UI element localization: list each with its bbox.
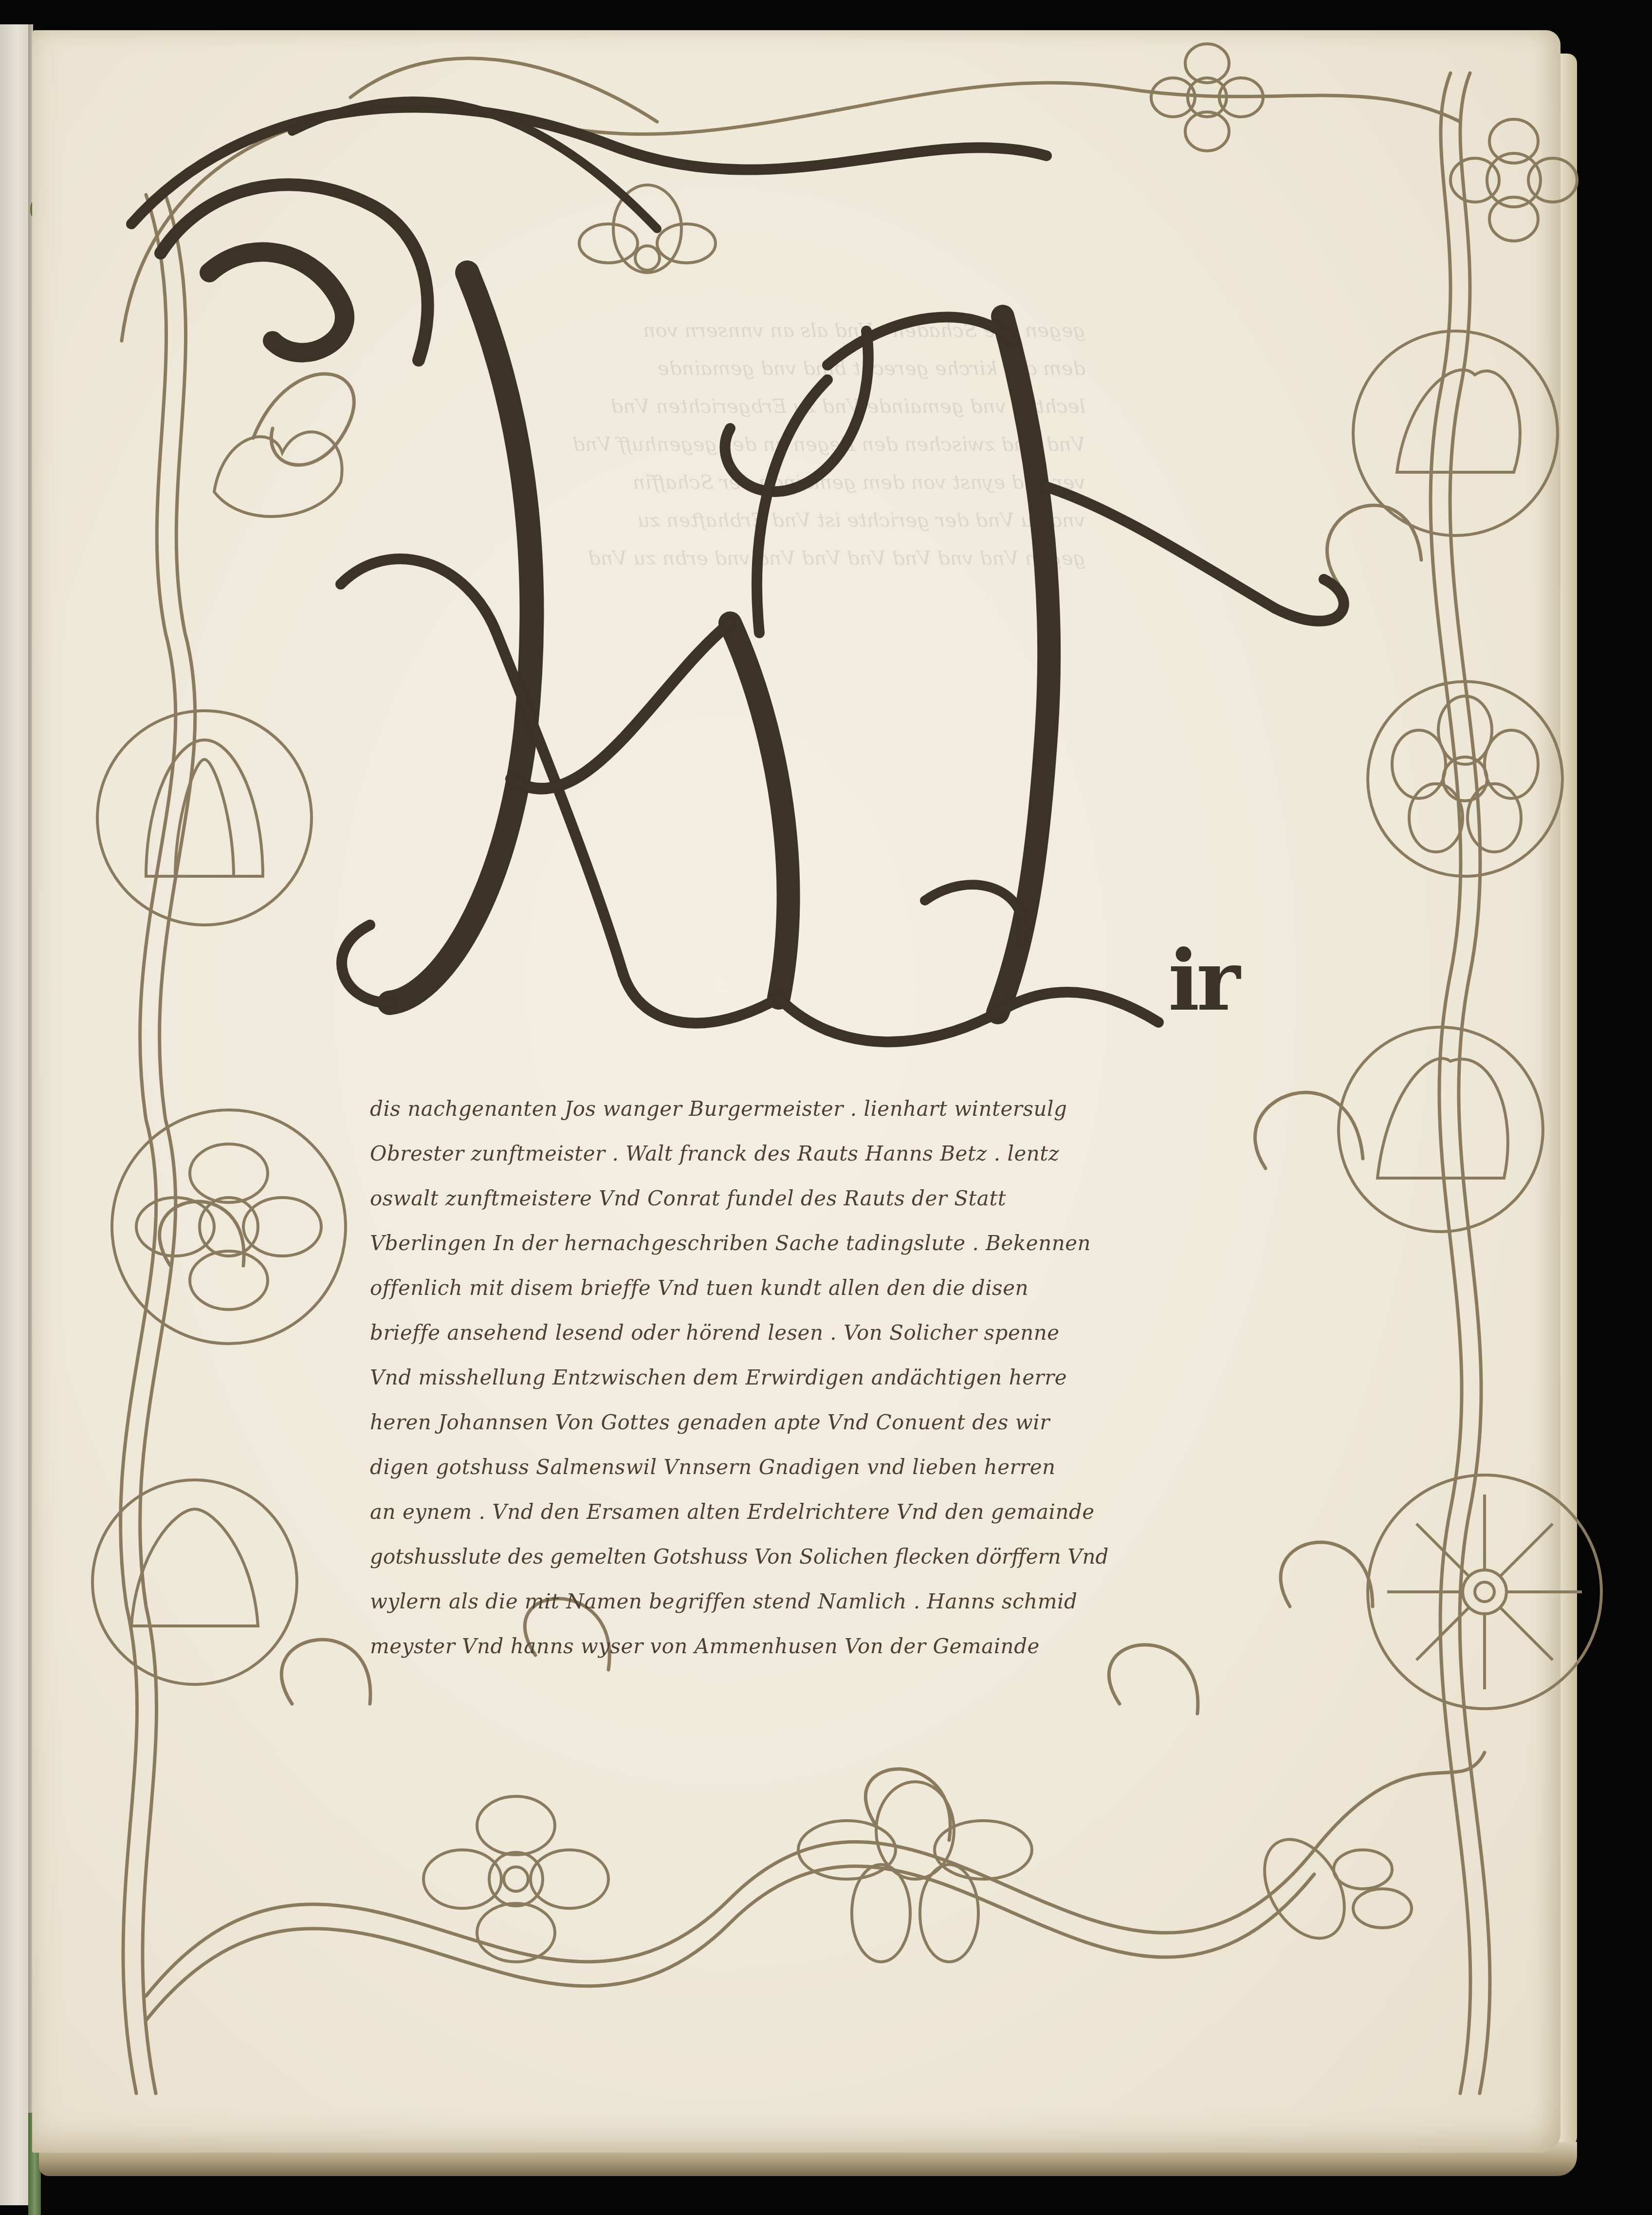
text-line: Obrester zunftmeister . Walt franck des …: [370, 1131, 1334, 1176]
manuscript-text: dis nachgenanten Jos wanger Burgermeiste…: [370, 1087, 1334, 1669]
ghost-line: ver vnd eynst von dem gemainde der Schaf…: [380, 463, 1085, 501]
initial-suffix: ir: [1168, 940, 1237, 1022]
ghost-line: Vnd Vnd zwischen den Eegen an der gegenh…: [380, 425, 1085, 463]
text-line: Vberlingen In der hernachgeschriben Sach…: [370, 1221, 1334, 1266]
folio-edge-right: [1558, 54, 1577, 2147]
facing-page-edge: [0, 24, 28, 2205]
text-line: meyster Vnd hanns wyser von Ammenhusen V…: [370, 1624, 1334, 1669]
text-line: gotshusslute des gemelten Gotshuss Von S…: [370, 1534, 1334, 1579]
text-line: offenlich mit disem brieffe Vnd tuen kun…: [370, 1266, 1334, 1311]
ghost-line: gegen Vnd vnd Vnd Vnd Vnd Vnd vnd erbn z…: [380, 539, 1085, 577]
ghost-line: vnd zu Vnd der gerichte ist Vnd Erbhafte…: [380, 501, 1085, 539]
text-line: Vnd misshellung Entzwischen dem Erwirdig…: [370, 1355, 1334, 1400]
text-line: dis nachgenanten Jos wanger Burgermeiste…: [370, 1087, 1334, 1131]
ghost-line: dem der kirche gerecht bind vnd gemainde: [380, 350, 1085, 388]
text-line: wylern als die mit Namen begriffen stend…: [370, 1579, 1334, 1624]
show-through-text: gegen alle Schaden . Vnd als an vnnsern …: [380, 312, 1085, 577]
text-line: oswalt zunftmeistere Vnd Conrat fundel d…: [370, 1176, 1334, 1221]
text-line: digen gotshuss Salmenswil Vnnsern Gnadig…: [370, 1445, 1334, 1490]
text-line: heren Johannsen Von Gottes genaden apte …: [370, 1400, 1334, 1445]
text-line: brieffe ansehend lesend oder hörend lese…: [370, 1311, 1334, 1355]
text-line: an eynem . Vnd den Ersamen alten Erdelri…: [370, 1490, 1334, 1534]
ghost-line: lechten vnd gemainde Vnd zu Erbgerichten…: [380, 388, 1085, 425]
ghost-line: gegen alle Schaden . Vnd als an vnnsern …: [380, 312, 1085, 350]
